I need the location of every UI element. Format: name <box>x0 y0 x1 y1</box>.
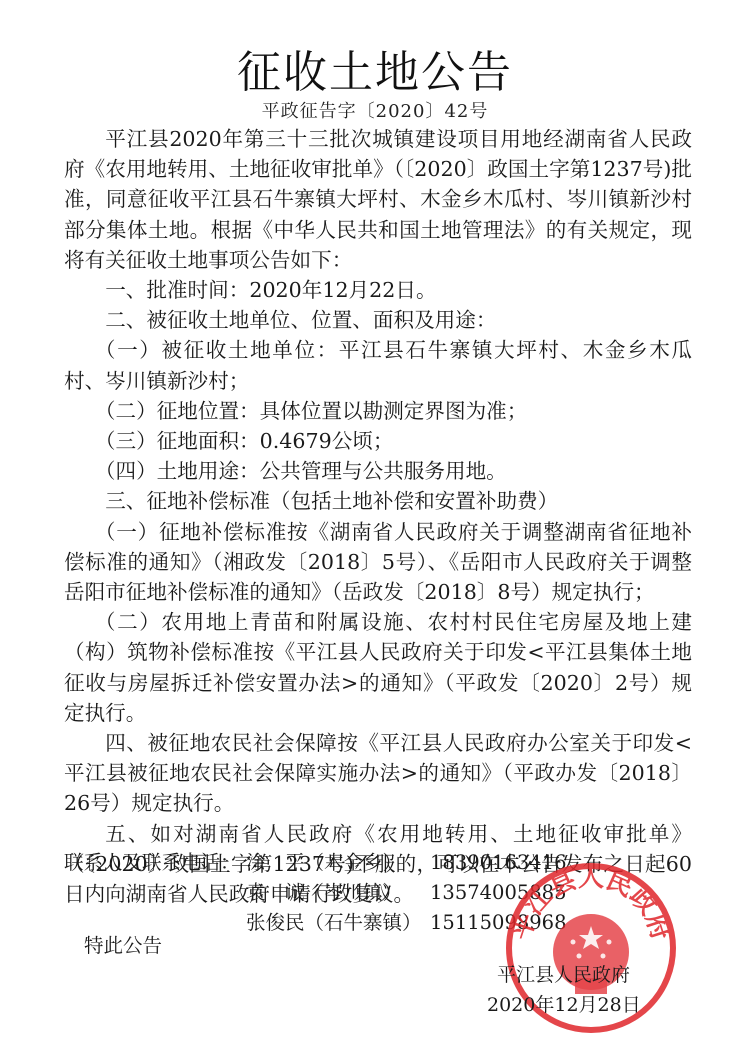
section-land-use: （四）土地用途：公共管理与公共服务用地。 <box>64 456 692 486</box>
contact-name: 涂 平（木金乡） <box>246 848 402 878</box>
section-social-security: 四、被征地农民社会保障按《平江县人民政府办公室关于印发<平江县被征地农民社会保障… <box>64 728 692 819</box>
document-number: 平政征告字〔2020〕42号 <box>0 97 750 123</box>
section-land-details-heading: 二、被征收土地单位、位置、面积及用途： <box>64 305 692 335</box>
section-approval-time: 一、批准时间：2020年12月22日。 <box>64 275 692 305</box>
intro-paragraph: 平江县2020年第三十三批次城镇建设项目用地经湖南省人民政府《农用地转用、土地征… <box>64 124 692 275</box>
contact-name: 袁 诚（岑川镇） <box>246 878 402 908</box>
signer-name: 平江县人民政府 <box>497 960 630 987</box>
section-crop-building-compensation: （二）农用地上青苗和附属设施、农村村民住宅房屋及地上建（构）筑物补偿标准按《平江… <box>64 607 692 728</box>
contact-label: 联系人及联系电话： <box>64 848 240 878</box>
closing-statement: 特此公告 <box>84 930 162 958</box>
signing-date: 2020年12月28日 <box>487 990 641 1017</box>
section-compensation-heading: 三、征地补偿标准（包括土地补偿和安置补助费） <box>64 486 692 516</box>
section-land-units: （一）被征收土地单位：平江县石牛寨镇大坪村、木金乡木瓜村、岑川镇新沙村； <box>64 335 692 395</box>
document-body: 平江县2020年第三十三批次城镇建设项目用地经湖南省人民政府《农用地转用、土地征… <box>64 124 692 909</box>
section-land-location: （二）征地位置：具体位置以勘测定界图为准； <box>64 396 692 426</box>
contact-name: 张俊民（石牛寨镇） <box>246 908 422 938</box>
section-compensation-standard: （一）征地补偿标准按《湖南省人民政府关于调整湖南省征地补偿标准的通知》（湘政发〔… <box>64 517 692 608</box>
section-land-area: （三）征地面积：0.4679公顷； <box>64 426 692 456</box>
page-title: 征收土地公告 <box>0 36 750 100</box>
